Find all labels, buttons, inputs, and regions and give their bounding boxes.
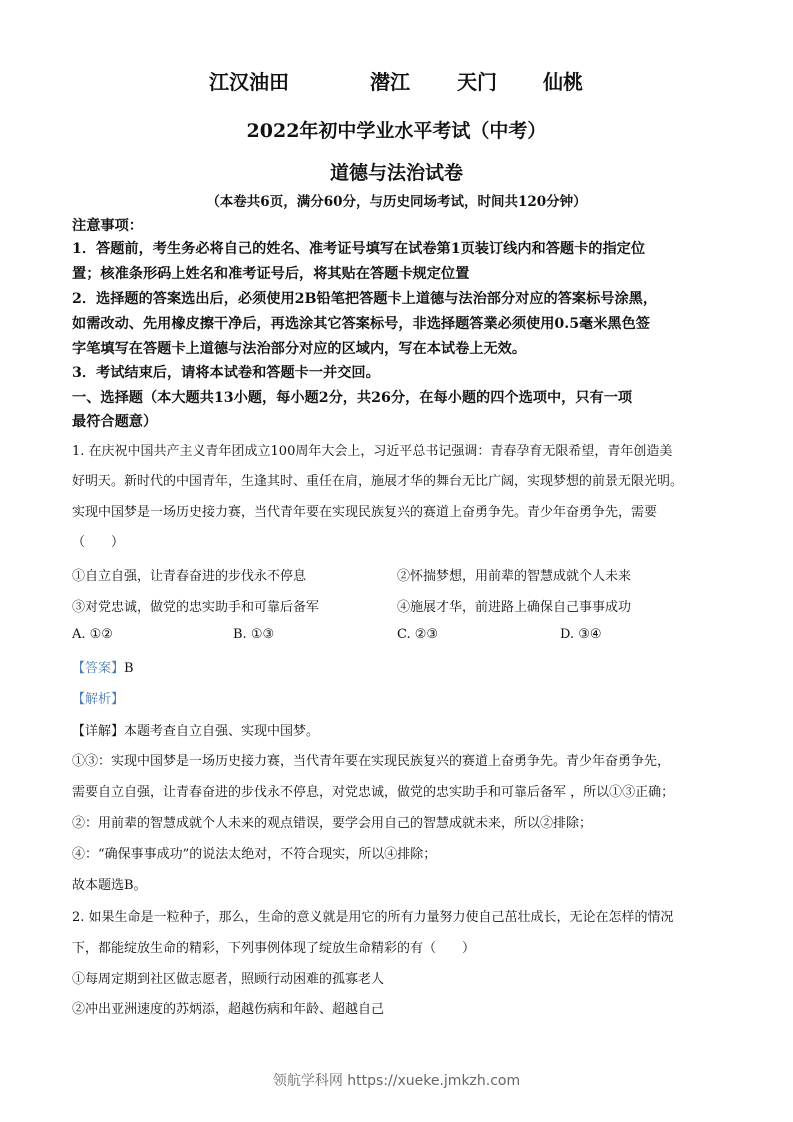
q1-statement-1: ①自立自强，让青春奋进的步伐永不停息 [72,565,306,584]
footer-watermark: 领航学科网 https://xueke.jmkzh.com [0,1070,793,1090]
q1-detail-line: 需要自立自强，让青春奋进的步伐永不停息，对党忠诚，做党的忠实助手和可靠后备军 ，… [72,781,674,800]
q1-option-b: B. ①③ [233,627,274,642]
q2-stem-line: 下，都能绽放生命的精彩，下列事例体现了绽放生命精彩的有（ ） [72,937,475,956]
notice-line: 字笔填写在答题卡上道德与法治部分对应的区域内，写在本试卷上无效。 [72,338,526,358]
region-xiantao: 仙桃 [543,66,583,95]
answer-value: B [124,661,134,676]
q1-option-a: A. ①② [72,627,113,642]
exam-page: 江汉油田 潜江 天门 仙桃 2022年初中学业水平考试（中考） 道德与法治试卷 … [0,0,793,1122]
q1-detail-line: ②：用前辈的智慧成就个人未来的观点错误，要学会用自己的智慧成就未来，所以②排除； [72,812,592,831]
answer-label: 【答案】 [72,661,124,676]
notice-heading: 注意事项： [72,215,143,235]
q2-statement-1: ①每周定期到社区做志愿者，照顾行动困难的孤寡老人 [72,968,384,987]
notice-line: 2．选择题的答案选出后，必须使用2B铅笔把答题卡上道德与法治部分对应的答案标号涂… [72,288,657,308]
section-heading-cont: 最符合题意） [72,411,157,431]
q1-statement-4: ④施展才华，前进路上确保自己事事成功 [397,596,631,615]
q1-stem-line: 实现中国梦是一场历史接力赛，当代青年要在实现民族复兴的赛道上奋勇争先。青少年奋勇… [72,501,657,520]
region-jianghan-oilfield: 江汉油田 [209,66,289,95]
q1-stem-line: 好明天。新时代的中国青年，生逢其时、重任在肩，施展才华的舞台无比广阔，实现梦想的… [72,470,683,489]
notice-line: 3．考试结束后，请将本试卷和答题卡一并交回。 [72,362,380,382]
q2-statement-2: ②冲出亚洲速度的苏炳添，超越伤病和年龄、超越自己 [72,998,384,1017]
q1-option-c: C. ②③ [397,627,438,642]
exam-info: （本卷共6页，满分60分，与历史同场考试，时间共120分钟） [0,190,793,210]
q1-stem-line: 1. 在庆祝中国共产主义青年团成立100周年大会上，习近平总书记强调：青春孕育无… [72,440,672,459]
notice-line: 如需改动、先用橡皮擦干净后，再选涂其它答案标号，非选择题答業必须使用0.5毫米黑… [72,313,650,333]
analysis-label: 【解析】 [72,688,124,707]
q1-detail-line: 【详解】本题考查自立自强、实现中国梦。 [72,720,319,739]
region-qianjiang: 潜江 [370,66,410,95]
q1-statement-2: ②怀揣梦想，用前辈的智慧成就个人未来 [397,565,631,584]
q1-statement-3: ③对党忠诚，做党的忠实助手和可靠后备军 [72,596,319,615]
section-heading: 一、选择题（本大题共13小题，每小题2分，共26分，在每小题的四个选项中，只有一… [72,387,632,407]
q1-conclusion: 故本题选B。 [72,874,147,893]
q1-answer: 【答案】B [72,657,134,676]
q2-stem-line: 2. 如果生命是一粒种子，那么，生命的意义就是用它的所有力量努力使自己茁壮成长，… [72,906,674,925]
notice-line: 置；核准条形码上姓名和准考证号后，将其贴在答题卡规定位置 [72,263,469,283]
q1-stem-line: （ ） [72,531,124,550]
notice-line: 1．答题前，考生务必将自己的姓名、准考证号填写在试卷第1页装订线内和答题卡的指定… [72,238,645,258]
q1-detail-line: ①③：实现中国梦是一场历史接力赛，当代青年要在实现民族复兴的赛道上奋勇争先。青少… [72,750,670,769]
region-tianmen: 天门 [457,66,497,95]
exam-title: 2022年初中学业水平考试（中考） [0,116,793,143]
q1-detail-line: ④：“确保事事成功”的说法太绝对，不符合现实，所以④排除； [72,843,436,862]
subject-title: 道德与法治试卷 [0,158,793,185]
q1-option-d: D. ③④ [560,627,602,642]
